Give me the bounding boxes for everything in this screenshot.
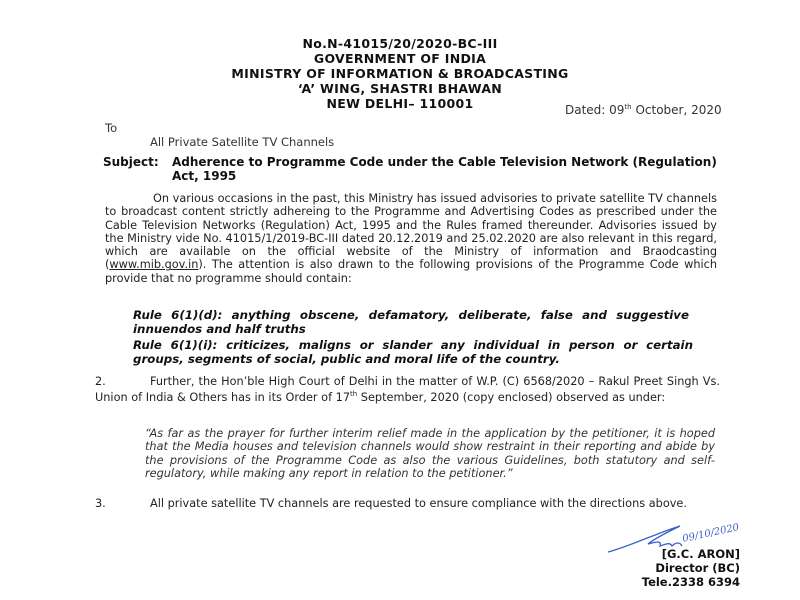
subject-text: Adherence to Programme Code under the Ca… (172, 155, 732, 183)
signatory-telephone: Tele.2338 6394 (600, 575, 740, 589)
letter-header: No.N-41015/20/2020-BC-III GOVERNMENT OF … (0, 36, 800, 111)
subject-label: Subject: (103, 155, 159, 169)
rule-6-1-i: Rule 6(1)(i): criticizes, maligns or sla… (133, 339, 693, 366)
file-number: No.N-41015/20/2020-BC-III (0, 36, 800, 51)
paragraph-3: 3.All private satellite TV channels are … (95, 497, 720, 510)
mib-website-link[interactable]: www.mib.gov.in (109, 258, 198, 271)
paragraph-2-text-end: September, 2020 (copy enclosed) observed… (357, 391, 665, 404)
court-quote: “As far as the prayer for further interi… (145, 427, 715, 480)
paragraph-number: 3. (95, 497, 150, 510)
signatory-details: [G.C. ARON] Director (BC) Tele.2338 6394 (600, 547, 740, 589)
letter-date: Dated: 09th October, 2020 (565, 103, 722, 117)
to-label: To (105, 121, 117, 135)
government-name: GOVERNMENT OF INDIA (0, 51, 800, 66)
signature-block: 09/10/2020 [G.C. ARON] Director (BC) Tel… (600, 520, 780, 600)
office-address: ‘A’ WING, SHASTRI BHAWAN (0, 81, 800, 96)
addressee: All Private Satellite TV Channels (150, 135, 334, 149)
date-day: Dated: 09 (565, 103, 624, 117)
paragraph-2: 2.Further, the Hon’ble High Court of Del… (95, 375, 720, 404)
signatory-designation: Director (BC) (600, 561, 740, 575)
ministry-name: MINISTRY OF INFORMATION & BROADCASTING (0, 66, 800, 81)
paragraph-number: 2. (95, 375, 150, 388)
paragraph-3-text: All private satellite TV channels are re… (150, 497, 687, 510)
date-month-year: October, 2020 (632, 103, 722, 117)
signatory-name: [G.C. ARON] (600, 547, 740, 561)
date-ordinal: th (624, 103, 631, 111)
paragraph-1: On various occasions in the past, this M… (105, 192, 717, 285)
rule-6-1-d: Rule 6(1)(d): anything obscene, defamato… (133, 309, 689, 336)
